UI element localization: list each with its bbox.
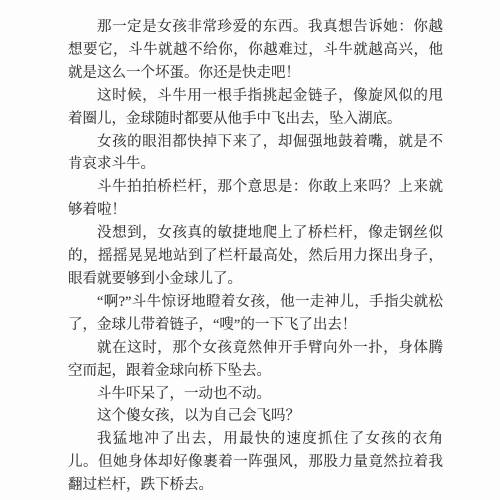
scanned-book-page-background: { "page": { "kind": "printed-book-page",… xyxy=(0,0,500,500)
story-paragraph-3: 女孩的眼泪都快掉下来了，却倔强地鼓着嘴，就是不肯哀求斗牛。 xyxy=(68,131,443,177)
story-paragraph-4: 斗牛拍拍桥栏杆，那个意思是：你敢上来吗？上来就够着啦！ xyxy=(68,176,443,222)
story-paragraph-5: 没想到，女孩真的敏捷地爬上了桥栏杆，像走钢丝似的，摇摇晃晃地站到了栏杆最高处，然… xyxy=(68,222,443,291)
story-paragraph-10: 我猛地冲了出去，用最快的速度抓住了女孩的衣角儿。但她身体却好像裹着一阵强风，那股… xyxy=(68,428,443,497)
story-paragraph-8: 斗牛吓呆了，一动也不动。 xyxy=(68,383,443,406)
story-paragraph-7: 就在这时，那个女孩竟然伸开手臂向外一扑，身体腾空而起，跟着金球向桥下坠去。 xyxy=(68,337,443,383)
book-page-text-block: 那一定是女孩非常珍爱的东西。我真想告诉她：你越想要它，斗牛就越不给你，你越难过，… xyxy=(68,16,443,497)
story-paragraph-1: 那一定是女孩非常珍爱的东西。我真想告诉她：你越想要它，斗牛就越不给你，你越难过，… xyxy=(68,16,443,85)
story-paragraph-6: “啊?”斗牛惊讶地瞪着女孩，他一走神儿，手指尖就松了，金球儿带着链子，“嗖”的一… xyxy=(68,291,443,337)
story-paragraph-9: 这个傻女孩，以为自己会飞吗？ xyxy=(68,405,443,428)
story-paragraph-2: 这时候，斗牛用一根手指挑起金链子，像旋风似的甩着圈儿，金球随时都要从他手中飞出去… xyxy=(68,85,443,131)
